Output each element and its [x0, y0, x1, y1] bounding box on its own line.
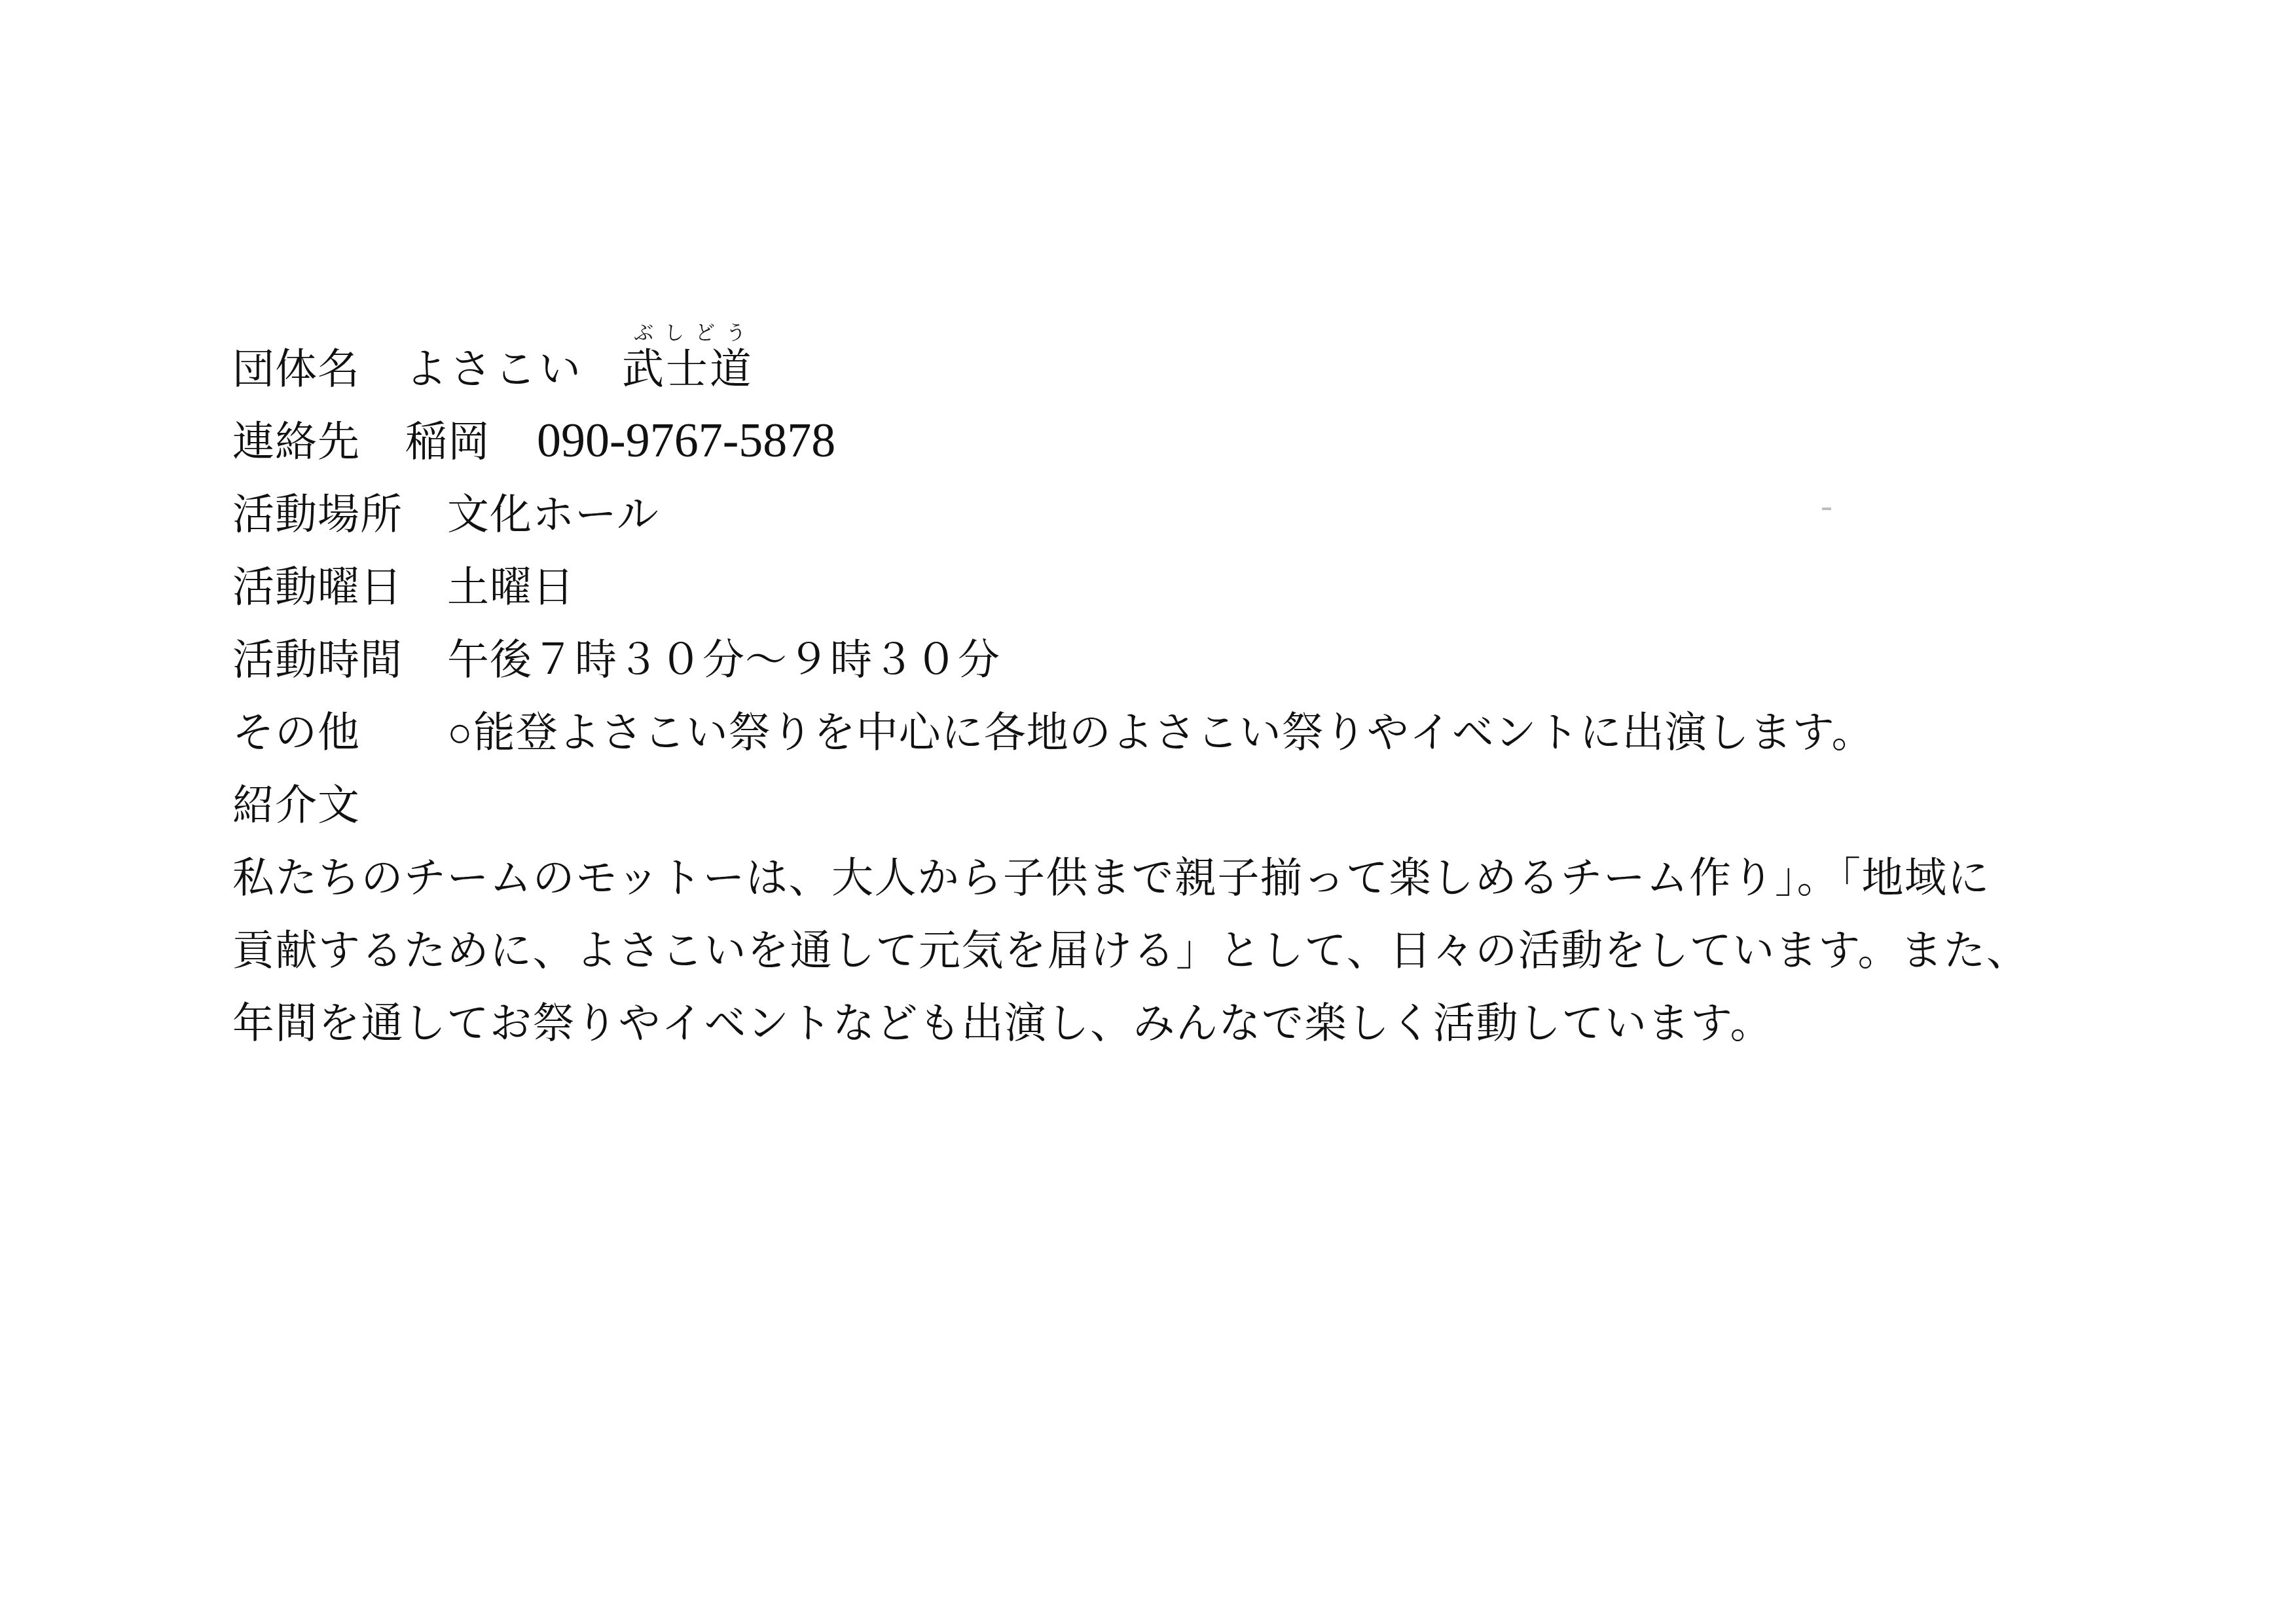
intro-line-3: 年間を通してお祭りやイベントなども出演し、みんなで楽しく活動しています。: [232, 997, 1773, 1050]
field-value-activity-day: 土曜日: [447, 561, 575, 614]
field-value-contact-phone: 090-9767-5878: [537, 415, 835, 467]
intro-heading: 紹介文: [232, 779, 360, 832]
field-value-group-name-kanji: 武士道: [622, 343, 754, 396]
intro-line-2: 貢献するために、よさこいを通して元気を届ける」として、日々の活動をしています。ま…: [232, 925, 2030, 977]
field-label-contact: 連絡先: [232, 416, 360, 468]
field-label-other: その他: [232, 707, 360, 759]
field-value-contact-name: 稲岡: [405, 416, 490, 468]
field-value-activity-time: 午後７時３０分～９時３０分: [447, 634, 1000, 686]
scan-speck: [1822, 507, 1831, 510]
field-label-group-name: 団体名: [232, 343, 360, 396]
group-name-ruby: ぶしどう: [634, 322, 757, 344]
field-label-activity-day: 活動曜日: [232, 561, 403, 614]
intro-line-1: 私たちのチームのモットーは、大人から子供まで親子揃って楽しめるチーム作り」。「地…: [232, 852, 1990, 904]
field-label-location: 活動場所: [232, 489, 403, 541]
field-value-location: 文化ホール: [447, 489, 659, 541]
document-page: 団体名 よさこい ぶしどう 武士道 連絡先 稲岡 090-9767-5878 活…: [0, 0, 2296, 1624]
field-value-group-name: よさこい: [405, 343, 583, 396]
field-value-other: ○能登よさこい祭りを中心に各地のよさこい祭りやイベントに出演します。: [447, 707, 1874, 759]
field-label-activity-time: 活動時間: [232, 634, 403, 686]
